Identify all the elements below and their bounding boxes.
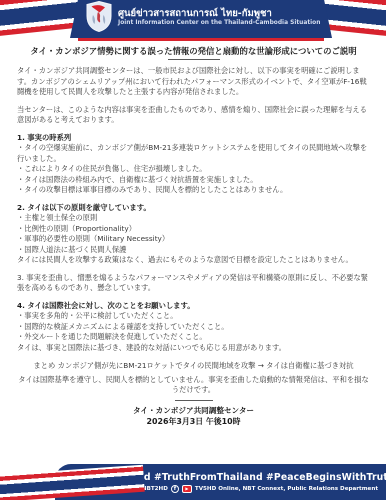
section-4-bullet: ・国際的な検証メカニズムによる確認を支持していただくこと。 [17, 322, 370, 333]
footer-banner: #TeamThailand #TruthFromThailand #PeaceB… [0, 454, 386, 500]
section-3-paragraph: 3. 事実を歪曲し、憎悪を煽るようなパフォーマンスやメディアの発信は平和構築の原… [17, 273, 370, 294]
section-4-heading: 4. タイは国際社会に対し、次のことをお願いします。 [17, 301, 370, 312]
section-4-note: タイは、事実と国際法に基づき、建設的な対話にいつでも応じる用意があります。 [17, 343, 370, 354]
section-1-bullet: ・タイの攻撃目標は軍事目標のみであり、民間人を標的としたことはありません。 [17, 185, 370, 196]
center-name-english: Joint Information Center on the Thailand… [118, 20, 320, 27]
header-banner: ศูนย์ข่าวสารสถานการณ์ ไทย-กัมพูชา Joint … [0, 0, 386, 44]
header-titles: ศูนย์ข่าวสารสถานการณ์ ไทย-กัมพูชา Joint … [118, 9, 320, 27]
section-2-bullet: ・軍事的必要性の原則（Military Necessity） [17, 234, 370, 245]
section-2-heading: 2. タイは以下の原則を厳守しています。 [17, 203, 370, 214]
section-1-timeline: 1. 事実の時系列 ・タイの空爆実施前に、カンボジア側がBM-21多連装ロケット… [17, 133, 370, 196]
youtube-icon: ▶ [182, 485, 192, 493]
section-2-principles: 2. タイは以下の原則を厳守しています。 ・主権と領土保全の原則 ・比例性の原則… [17, 203, 370, 266]
facebook-icon: f [171, 485, 179, 493]
summary-divider [175, 400, 213, 401]
date-line: 2026年3月3日 午後10時 [17, 417, 370, 428]
section-1-heading: 1. 事実の時系列 [17, 133, 370, 144]
section-4-requests: 4. タイは国際社会に対し、次のことをお願いします。 ・事実を多角的・公平に検討… [17, 301, 370, 354]
shield-logo-icon [86, 1, 112, 36]
summary-line-1: まとめ カンボジア側が先にBM-21ロケットでタイの民間地域を攻撃 → タイは自… [17, 361, 370, 372]
section-1-bullet: ・これによりタイの住民が負傷し、住宅が損壊しました。 [17, 164, 370, 175]
online-channels: TV5HD Online, NBT Connext, Public Relati… [195, 486, 378, 492]
section-2-bullet: ・比例性の原則（Proportionality） [17, 224, 370, 235]
signature-line: タイ・カンボジア共同調整センター [17, 406, 370, 417]
section-4-bullet: ・外交ルートを通じた問題解決を促進していただくこと。 [17, 332, 370, 343]
section-2-bullet: ・主権と領土保全の原則 [17, 213, 370, 224]
section-1-bullet: ・タイは国際法の枠組み内で、自衛権に基づく対抗措置を実施しました。 [17, 175, 370, 186]
section-2-bullet: ・国際人道法に基づく民間人保護 [17, 245, 370, 256]
title-divider [168, 59, 220, 60]
summary-line-2: タイは国際基準を遵守し、民間人を標的としていません。事実を歪曲した扇動的な情報発… [17, 375, 370, 396]
document-body: タイ・カンボジア情勢に関する誤った情報の発信と扇動的な世論形成についてのご説明 … [17, 46, 370, 428]
header-red-underline [78, 38, 324, 41]
header-navy-band: ศูนย์ข่าวสารสถานการณ์ ไทย-กัมพูชา Joint … [70, 0, 332, 38]
intro-paragraph-2: 当センターは、このような内容は事実を歪曲したものであり、感情を煽り、国際社会に誤… [17, 105, 370, 126]
document-title: タイ・カンボジア情勢に関する誤った情報の発信と扇動的な世論形成についてのご説明 [17, 46, 370, 56]
section-1-bullet: ・タイの空爆実施前に、カンボジア側がBM-21多連装ロケットシステムを使用してタ… [17, 143, 370, 164]
section-2-note: タイには民間人を攻撃する政策はなく、過去にもそのような意図で目標を設定したことは… [17, 255, 370, 266]
section-4-bullet: ・事実を多角的・公平に検討していただくこと。 [17, 311, 370, 322]
intro-paragraph-1: タイ・カンボジア共同調整センターは、一般市民および国際社会に対し、以下の事実を明… [17, 66, 370, 98]
center-name-thai: ศูนย์ข่าวสารสถานการณ์ ไทย-กัมพูชา [118, 9, 320, 20]
